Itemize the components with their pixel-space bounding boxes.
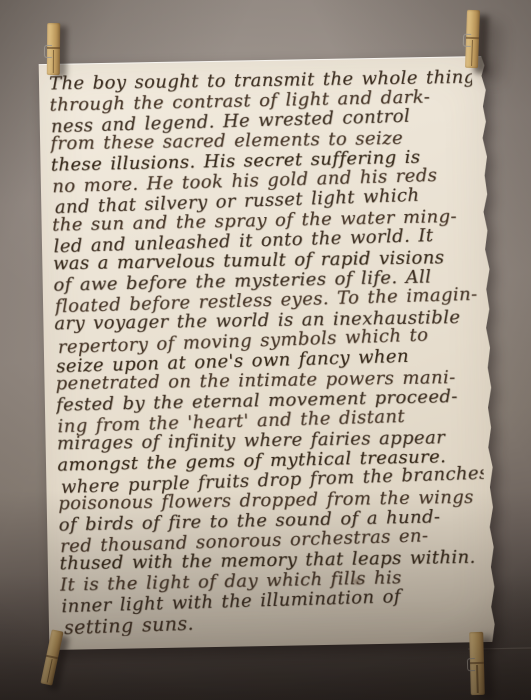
clothespin-slit [476, 665, 478, 693]
clothespin-slit [53, 50, 55, 73]
clothespin-spring [44, 45, 52, 58]
clothespin-spring [463, 34, 471, 47]
clothespin-spring [467, 659, 475, 672]
clothespin-slit [46, 658, 53, 682]
manuscript-text: The boy sought to transmit the whole thi… [49, 66, 484, 644]
clothespin-top-right [465, 10, 480, 68]
paper-sheet: The boy sought to transmit the whole thi… [39, 56, 497, 650]
clothespin-slit [471, 40, 473, 66]
photo-scene: The boy sought to transmit the whole thi… [0, 0, 531, 700]
clothespin-bottom-right [469, 632, 485, 695]
clothespin-bottom-left [40, 629, 63, 685]
clothespin-top-left [47, 23, 60, 75]
manuscript-paper: The boy sought to transmit the whole thi… [39, 56, 497, 650]
